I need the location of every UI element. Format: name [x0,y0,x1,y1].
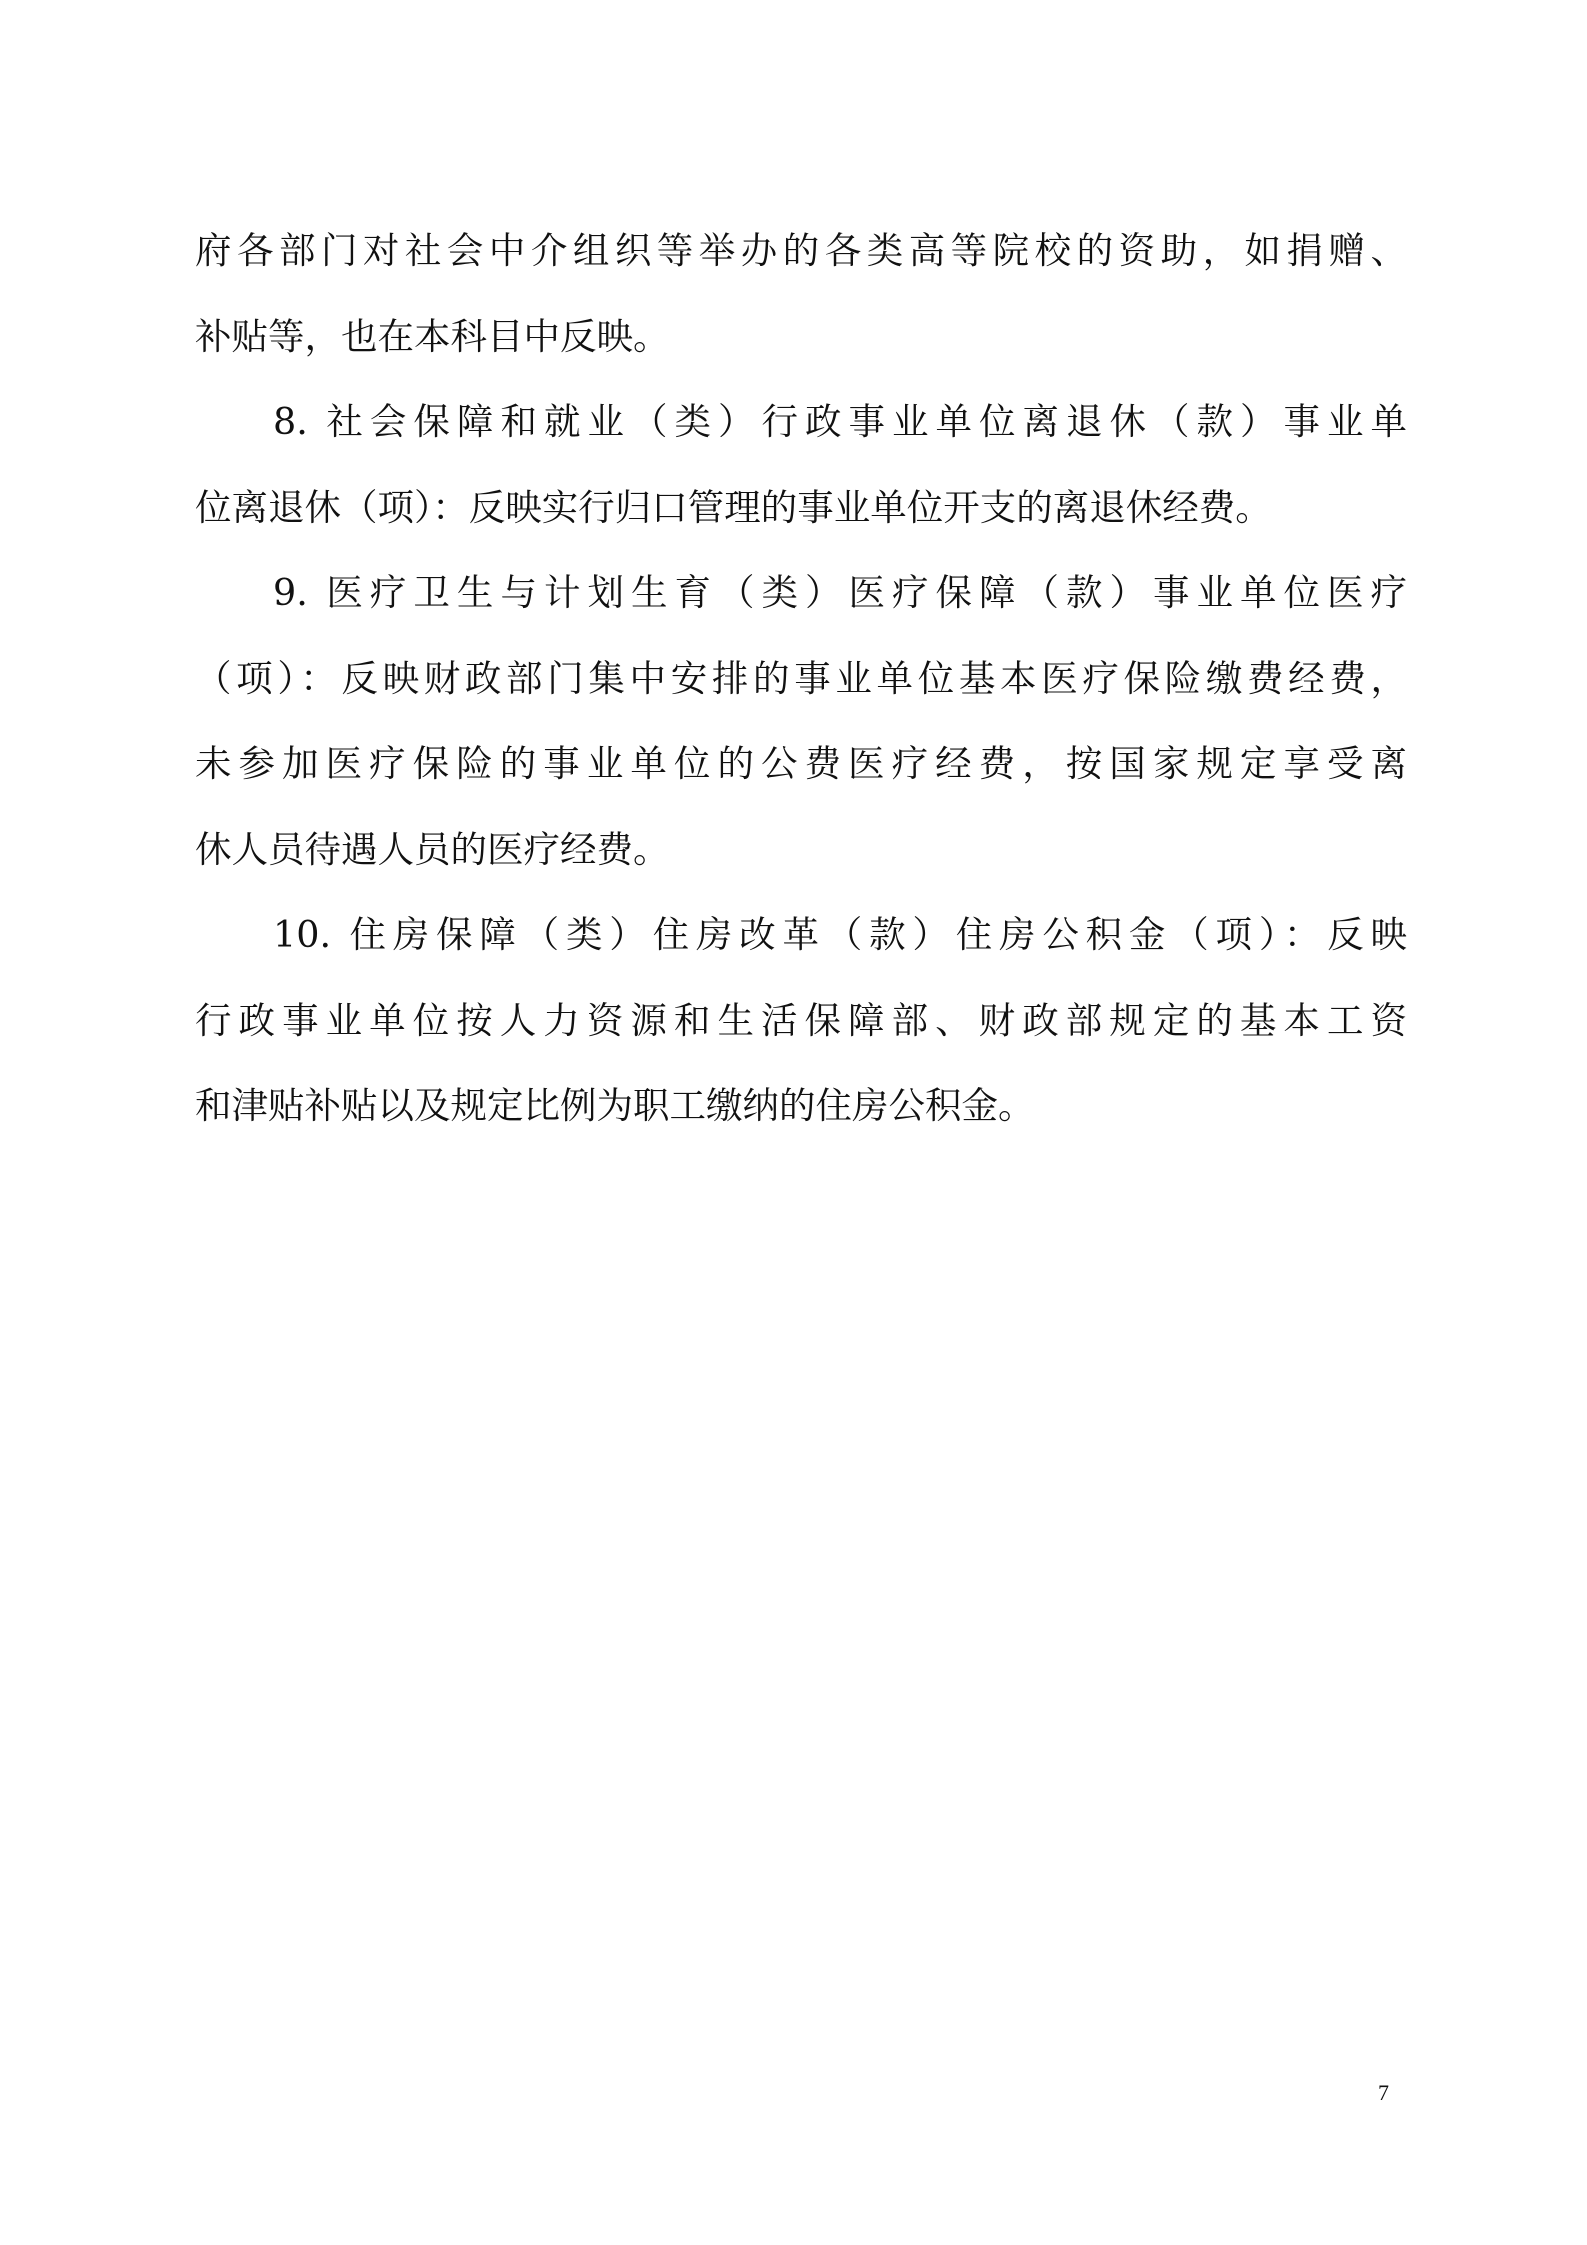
text-line: 9. 医疗卫生与计划生育（类）医疗保障（款）事业单位医疗 [195,558,1407,644]
paragraph-item-9: 9. 医疗卫生与计划生育（类）医疗保障（款）事业单位医疗 （项）：反映财政部门集… [195,558,1407,900]
document-page: 府各部门对社会中介组织等举办的各类高等院校的资助，如捐赠、 补贴等，也在本科目中… [0,0,1587,2245]
text-line: 10. 住房保障（类）住房改革（款）住房公积金（项）：反映 [195,900,1407,986]
body-text: 府各部门对社会中介组织等举办的各类高等院校的资助，如捐赠、 补贴等，也在本科目中… [195,216,1407,1157]
paragraph-continuation: 府各部门对社会中介组织等举办的各类高等院校的资助，如捐赠、 补贴等，也在本科目中… [195,216,1407,387]
text-line: （项）：反映财政部门集中安排的事业单位基本医疗保险缴费经费， [195,644,1407,730]
text-line: 补贴等，也在本科目中反映。 [195,302,1407,388]
paragraph-item-10: 10. 住房保障（类）住房改革（款）住房公积金（项）：反映 行政事业单位按人力资… [195,900,1407,1157]
text-line: 8. 社会保障和就业（类）行政事业单位离退休（款）事业单 [195,387,1407,473]
paragraph-item-8: 8. 社会保障和就业（类）行政事业单位离退休（款）事业单 位离退休（项）：反映实… [195,387,1407,558]
page-number: 7 [1378,2080,1389,2106]
text-line: 位离退休（项）：反映实行归口管理的事业单位开支的离退休经费。 [195,473,1407,559]
text-line: 休人员待遇人员的医疗经费。 [195,815,1407,901]
text-line: 未参加医疗保险的事业单位的公费医疗经费，按国家规定享受离 [195,729,1407,815]
text-line: 行政事业单位按人力资源和生活保障部、财政部规定的基本工资 [195,986,1407,1072]
text-line: 府各部门对社会中介组织等举办的各类高等院校的资助，如捐赠、 [195,216,1407,302]
text-line: 和津贴补贴以及规定比例为职工缴纳的住房公积金。 [195,1071,1407,1157]
